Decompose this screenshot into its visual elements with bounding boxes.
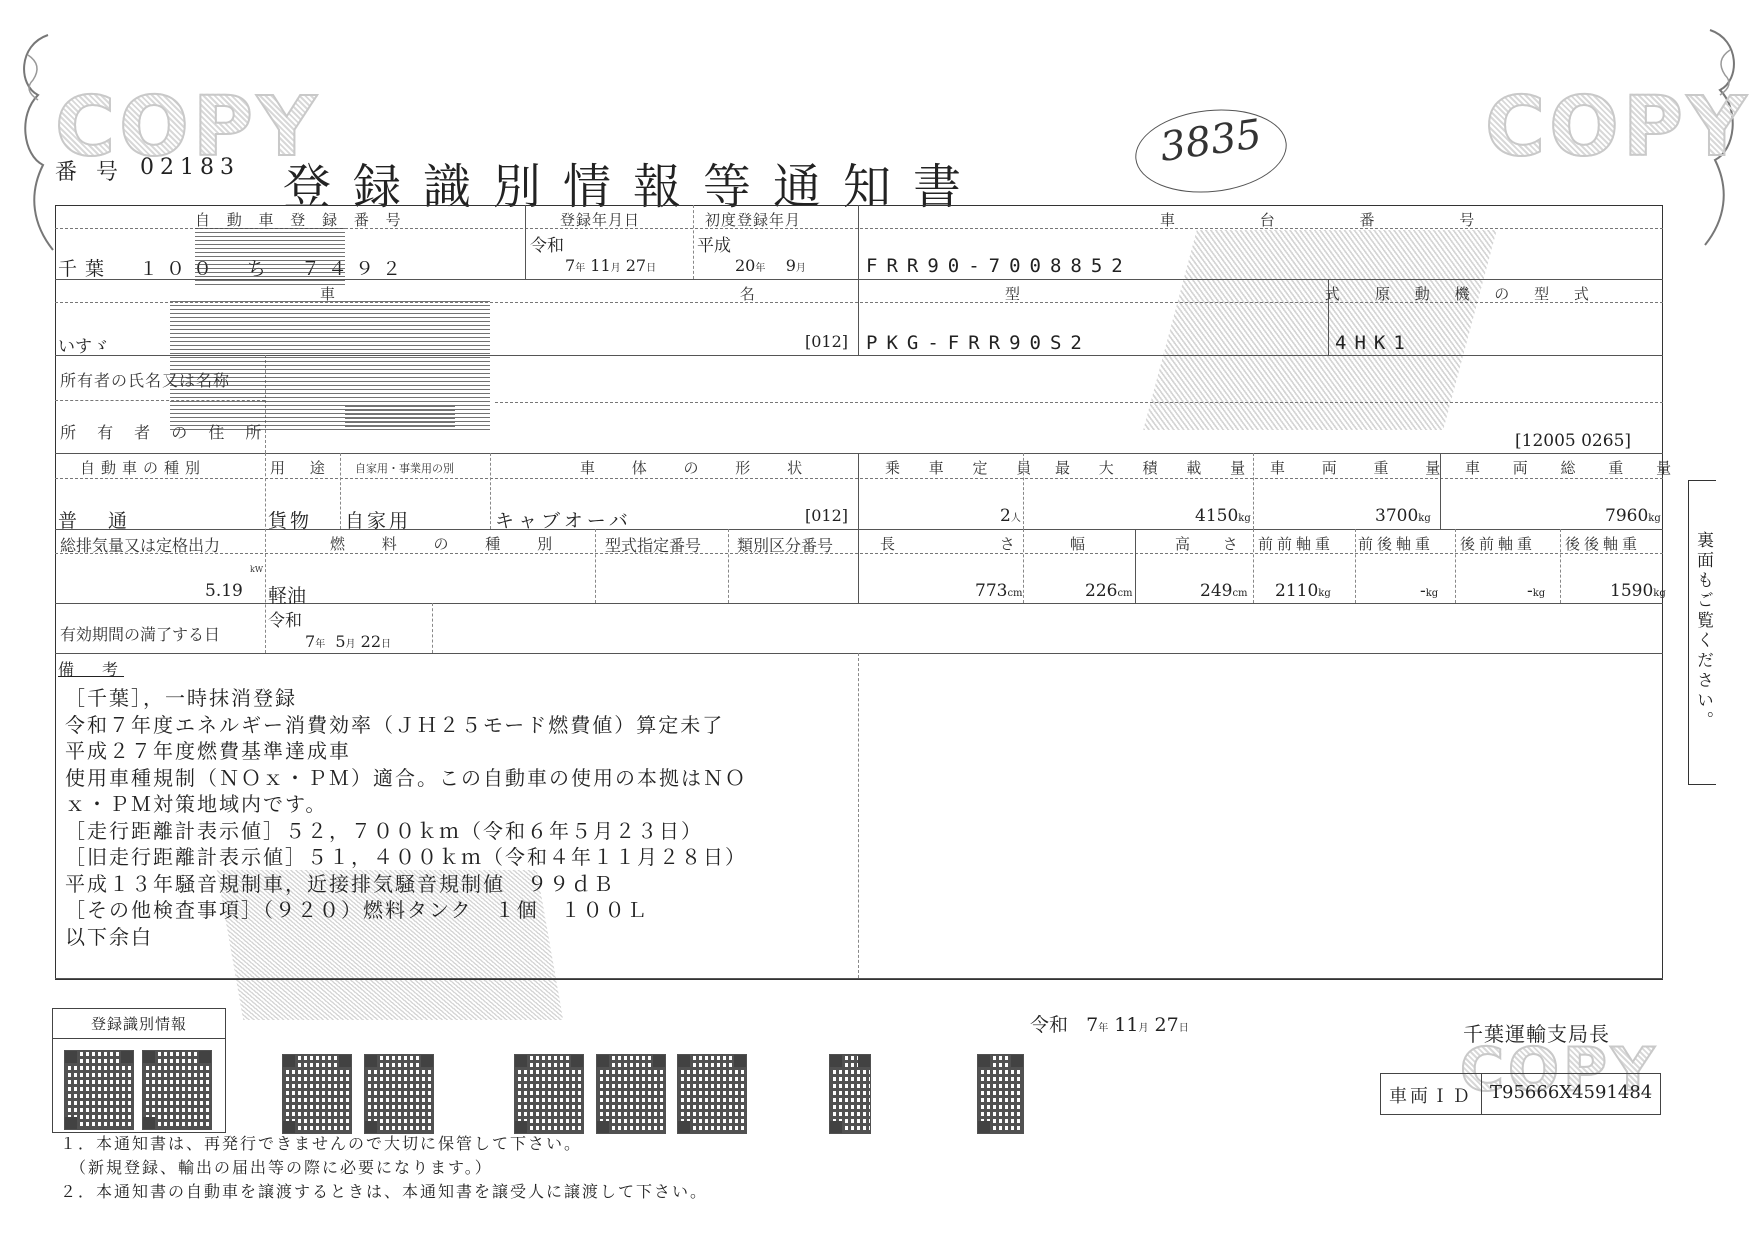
vehicle-type-value: 普 通 [58,506,133,533]
issue-date: 令和 7年 11月 27日 [1030,1010,1189,1037]
max-load-value: 4150kg [1195,506,1251,526]
rear-rear-axle-value: 1590kg [1610,581,1666,601]
qr-box-label: 登録識別情報 [53,1009,225,1039]
qr-code-icon [365,1055,433,1133]
qr-code-icon [515,1055,583,1133]
length-label: 長 さ [880,533,1065,554]
first-reg-era: 平成 [697,231,731,256]
body-shape-value: キャブオーバ [495,506,632,533]
remarks-line: 以下余白 [65,924,747,951]
rear-rear-axle-label: 後後軸重 [1565,533,1641,554]
qr-code-icon [65,1051,133,1129]
see-reverse-note: 裏面もご覧ください。 [1688,480,1716,785]
reg-date-value: 7年 11月 27日 [565,256,656,275]
length-value: 773cm [975,581,1023,601]
front-front-axle-label: 前前軸重 [1258,533,1334,554]
owner-name-label: 所有者の氏名又は名称 [60,368,230,391]
remarks-line: ［走行距離計表示値］５２，７００ｋｍ（令和６年５月２３日） [65,818,747,845]
remarks-line: 令和７年度エネルギー消費効率（ＪＨ２５モード燃費値）算定未了 [65,712,747,739]
type-designation-label: 型式指定番号 [605,533,701,556]
engine-label: 原 動 機 の 型 式 [1375,283,1599,304]
vehicle-type-label: 自動車の種別 [80,457,206,478]
front-front-axle-value: 2110kg [1275,581,1331,601]
height-value: 249cm [1200,581,1248,601]
use-label: 用 途 [270,457,335,478]
displacement-unit: kW [250,565,263,574]
capacity-value: 2人 [1000,506,1021,526]
expiry-era: 令和 [268,606,302,631]
redaction-mark [345,405,455,427]
qr-code-icon [678,1055,746,1133]
qr-code-icon [597,1055,665,1133]
vehicle-weight-label: 車 両 重 量 [1270,457,1456,478]
qr-code-icon [283,1055,351,1133]
first-reg-label: 初度登録年月 [705,209,801,230]
expiry-date: 7年 5月 22日 [305,632,391,651]
first-reg-value: 20年 9月 [735,256,806,275]
fuel-label: 燃 料 の 種 別 [330,533,568,554]
remarks-line: ［その他検査事項］（９２０）燃料タンク １個 １００Ｌ [65,897,747,924]
displacement-label: 総排気量又は定格出力 [60,533,220,556]
fuel-value: 軽油 [268,581,306,608]
model-value: PKG-FRR90S2 [866,332,1091,354]
vehicle-weight-value: 3700kg [1375,506,1431,526]
vehicle-id-value: T95666X4591484 [1482,1074,1660,1114]
owner-code: [12005 0265] [1515,431,1631,451]
chassis-label: 車 台 番 号 [1160,209,1514,230]
registration-id-qr-box: 登録識別情報 [52,1008,226,1133]
max-load-label: 最 大 積 載 量 [1055,457,1257,478]
reg-date-era: 令和 [530,231,564,256]
number-value: 02183 [140,155,240,180]
front-rear-axle-value: -kg [1420,581,1438,601]
qr-code-icon [978,1055,1023,1133]
qr-code-icon [143,1051,211,1129]
private-value: 自家用 [345,506,411,533]
footer-notes: １．本通知書は、再発行できませんので大切に保管して下さい。 （新規登録、輸出の届… [60,1132,708,1204]
remarks-line: 使用車種規制（ＮＯｘ・ＰＭ）適合。この自動車の使用の本拠はＮＯ [65,765,747,792]
displacement-value: 5.19 [205,581,243,601]
footer-note: １．本通知書は、再発行できませんので大切に保管して下さい。 [60,1132,708,1156]
remarks-line: 平成１３年騒音規制車，近接排気騒音規制値 ９９ｄＢ [65,871,747,898]
category-label: 類別区分番号 [737,533,833,556]
vehicle-id-box: 車両ＩＤ T95666X4591484 [1380,1073,1661,1115]
gross-weight-label: 車 両 総 重 量 [1465,457,1685,478]
car-name-code: [012] [805,332,848,351]
copy-watermark: COPY [1485,80,1750,175]
private-label: 自家用・事業用の別 [355,460,454,476]
front-rear-axle-label: 前後軸重 [1358,533,1434,554]
expiry-label: 有効期間の満了する日 [60,622,220,645]
redaction-mark [195,225,345,285]
gross-weight-value: 7960kg [1605,506,1661,526]
rear-front-axle-label: 後前軸重 [1460,533,1536,554]
use-value: 貨物 [268,506,312,533]
number-label: 番 号 [55,155,124,186]
height-label: 高 さ [1175,533,1252,554]
issuer: 千葉運輸支局長 [1463,1018,1610,1047]
body-shape-code: [012] [805,506,848,525]
footer-note: ２．本通知書の自動車を譲渡するときは、本通知書を譲受人に譲渡して下さい。 [60,1180,708,1204]
qr-code-icon [830,1055,870,1133]
remarks-line: ｘ・ＰＭ対策地域内です。 [65,791,747,818]
remarks-list: ［千葉］，一時抹消登録 令和７年度エネルギー消費効率（ＪＨ２５モード燃費値）算定… [65,685,747,950]
car-name-value: いすゞ [58,332,109,357]
rear-front-axle-value: -kg [1527,581,1545,601]
capacity-label: 乗 車 定 員 [885,457,1043,478]
reg-date-label: 登録年月日 [560,209,640,230]
chassis-value: FRR90-7008852 [866,255,1132,277]
owner-address-label: 所 有 者 の 住 所 [60,420,269,443]
body-shape-label: 車 体 の 形 状 [580,457,818,478]
engine-value: 4HK1 [1335,332,1413,354]
remarks-line: 平成２７年度燃費基準達成車 [65,738,747,765]
footer-note: （新規登録、輸出の届出等の際に必要になります。） [60,1156,708,1180]
width-label: 幅 [1070,533,1091,554]
vehicle-id-label: 車両ＩＤ [1381,1074,1482,1114]
remarks-line: ［千葉］，一時抹消登録 [65,685,747,712]
remarks-line: ［旧走行距離計表示値］５１，４００ｋｍ（令和４年１１月２８日） [65,844,747,871]
remarks-label: 備 考 [58,657,124,680]
width-value: 226cm [1085,581,1133,601]
